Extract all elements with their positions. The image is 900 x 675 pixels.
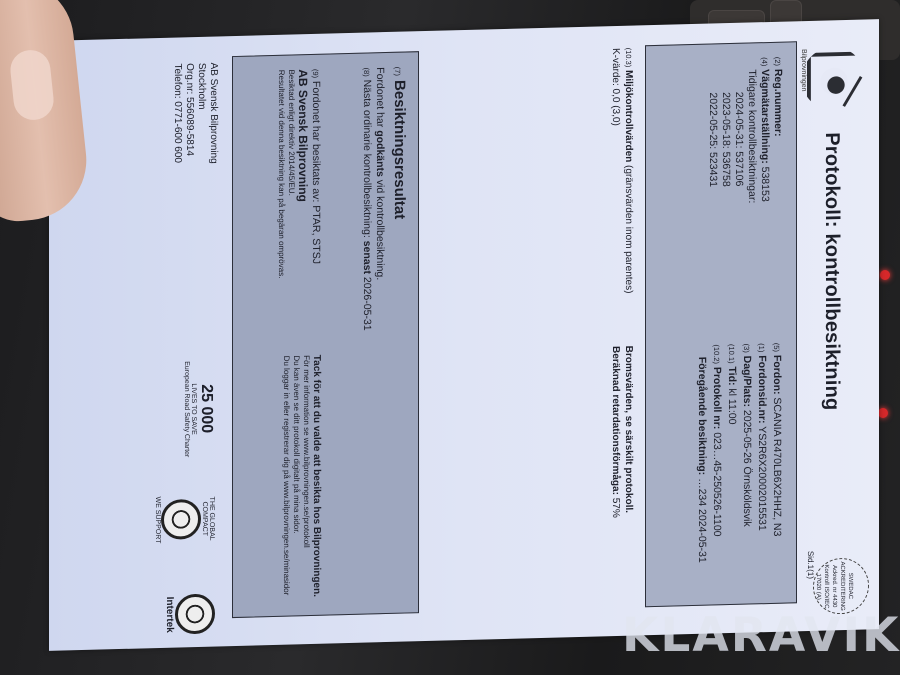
vehicle-value: SCANIA R470LB6X2HHZ, N3: [771, 397, 783, 536]
inspection-result-box: (7) Besiktningsresultat Fordonet har god…: [232, 51, 419, 618]
inspection-protocol-document: Bilprovningen Protokoll: kontrollbesiktn…: [49, 19, 879, 651]
road-safety-charter-badge-icon: 25 000 LIVES TO SAVE European Road Safet…: [183, 359, 215, 460]
intertek-badge-icon: Intertek: [164, 579, 215, 650]
global-compact-badge-icon: THE GLOBAL COMPACT WE SUPPORT: [154, 479, 215, 561]
brake-values: Bromsvärden, se särskilt protokoll. Berä…: [609, 346, 635, 518]
previous-inspection-item: 2022-05-25: 523431: [706, 58, 719, 318]
braking-capacity-value: 57%: [610, 498, 621, 518]
time-row: (10.1) Tid: kl 11:00: [724, 344, 739, 624]
protocol-number-row: (10.2) Protokoll nr: 023…45-250526-1100: [709, 344, 724, 624]
previous-inspections-label: Tidigare kontrollbesiktningar:: [745, 57, 758, 317]
vehicle-row: (5) Fordon: SCANIA R470LB6X2HHZ, N3: [769, 343, 784, 623]
previous-inspection-row: Föregående besiktning: …234 2024-05-31: [695, 345, 709, 625]
bilprovningen-logo-icon: [807, 51, 865, 111]
vehicle-info-box: (2) Reg.nummer: (4) Vägmätarställning: 5…: [645, 41, 797, 607]
vin-value: YS2R6X20002015531: [756, 426, 768, 531]
document-title: Protokoll: kontrollbesiktning: [820, 132, 843, 411]
company-name: AB Svensk Bilprovning: [296, 69, 309, 278]
next-inspection-date: 2026-05-31: [361, 277, 373, 331]
watermark-text: KLARAVIK: [622, 608, 900, 663]
paper-sheet-area: Bilprovningen Protokoll: kontrollbesiktn…: [34, 20, 894, 650]
result-title: (7) Besiktningsresultat: [391, 66, 408, 219]
approval-statement: Fordonet har godkänts vid kontrollbesikt…: [373, 67, 386, 330]
time-value: kl 11:00: [726, 388, 738, 424]
environment-values: (10.3) Miljökontrollvärden (gränsvärden …: [609, 48, 635, 294]
inspector-info: (9) Fordonet har besiktats av: PTAR, STS…: [276, 69, 322, 279]
odometer-value: 538153: [759, 167, 771, 202]
date-place-row: (3) Dag/Plats: 2025-05-26 Örnsköldsvik: [739, 343, 754, 623]
next-inspection: (8) Nästa ordinarie kontrollbesiktning: …: [360, 67, 373, 330]
vehicle-info-left-column: (2) Reg.nummer: (4) Vägmätarställning: 5…: [706, 57, 784, 319]
swedac-accreditation-seal-icon: SWEDAC ACKREDITERING Ackred. nr 4430 Kon…: [813, 557, 869, 614]
result-body: Fordonet har godkänts vid kontrollbesikt…: [360, 67, 386, 331]
odometer-row: (4) Vägmätarställning: 538153: [758, 57, 771, 317]
info-link-text: För mer information se www.bilprovningen…: [301, 355, 311, 655]
brand-name: Bilprovningen: [800, 49, 807, 92]
date-place-value: 2025-05-26 Örnsköldsvik: [741, 410, 753, 527]
document-footer: AB Svensk Bilprovning Stockholm Org.nr: …: [99, 58, 219, 627]
vin-row: (1) Fordonsid.nr: YS2R6X20002015531: [754, 343, 769, 623]
reg-number-label: Reg.nummer:: [772, 69, 784, 137]
certification-badges: 25 000 LIVES TO SAVE European Road Safet…: [135, 359, 215, 661]
company-address: AB Svensk Bilprovning Stockholm Org.nr: …: [171, 62, 219, 164]
my-pages-link-text: Du loggar in eller registrerar dig på ww…: [281, 356, 291, 656]
previous-inspection-value: …234 2024-05-31: [696, 478, 708, 563]
odometer-label: Vägmätarställning:: [759, 69, 771, 164]
document-header: Bilprovningen Protokoll: kontrollbesiktn…: [803, 41, 865, 609]
reg-number-row: (2) Reg.nummer:: [771, 57, 784, 317]
previous-inspection-item: 2023-05-18: 536758: [719, 58, 732, 318]
measurements-section: (10.3) Miljökontrollvärden (gränsvärden …: [565, 46, 635, 610]
previous-inspection-item: 2024-05-31: 537106: [732, 58, 745, 318]
protocol-number-value: 023…45-250526-1100: [711, 432, 723, 537]
vehicle-info-right-column: (5) Fordon: SCANIA R470LB6X2HHZ, N3 (1) …: [695, 343, 784, 625]
thank-you-note: Tack för att du valde att besikta hos Bi…: [281, 355, 322, 656]
k-value: K-värde: 0,0 (3,0): [609, 48, 622, 294]
